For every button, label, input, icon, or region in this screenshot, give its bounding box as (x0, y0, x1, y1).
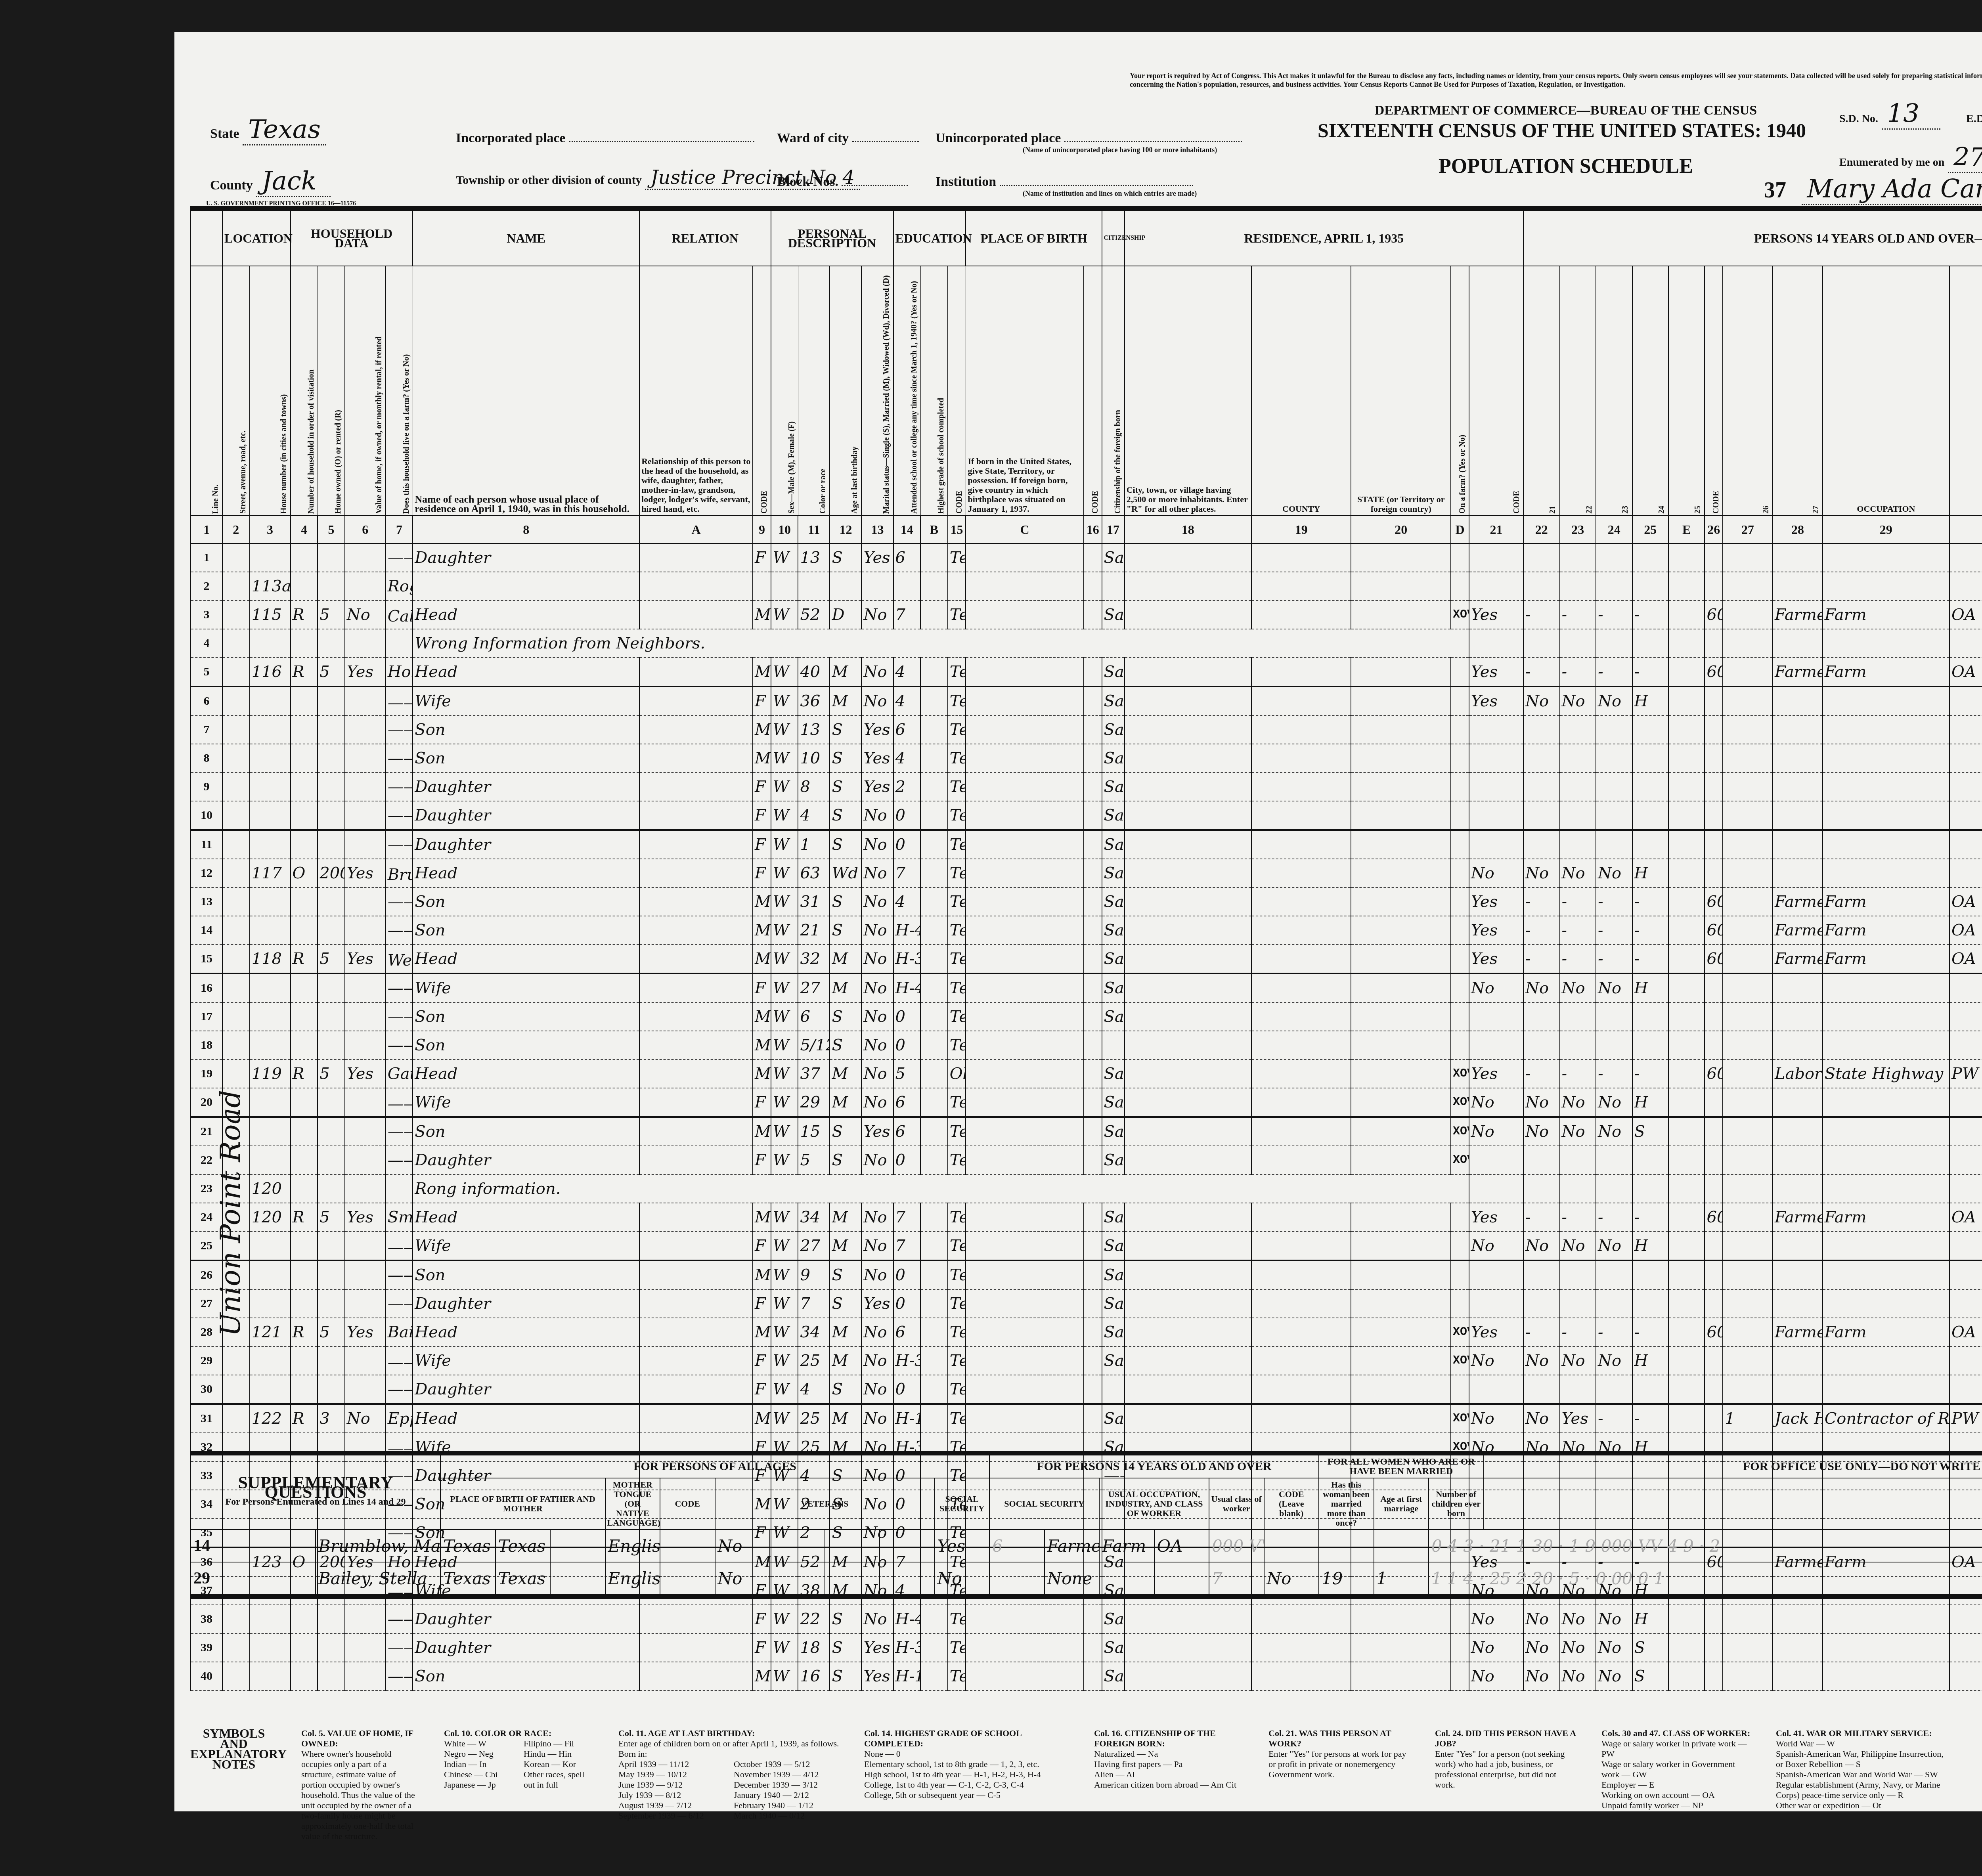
activity-code: - (1632, 1203, 1668, 1232)
home-owned-rented (291, 887, 318, 916)
residence-code (1451, 973, 1469, 1002)
home-owned-rented (291, 687, 318, 715)
annotation-note: Rong information. (413, 1174, 1469, 1203)
residence-code: XOVS (1451, 600, 1469, 629)
table-row: 1—— BobbieDaughterFW13SYes6TexasSame Hou… (191, 543, 1982, 572)
industry (1823, 1375, 1949, 1404)
home-owned-rented (291, 629, 318, 658)
at-work (1469, 1260, 1523, 1289)
relation: Daughter (413, 801, 639, 830)
residence-farm (1351, 1633, 1451, 1662)
marital-status: M (830, 973, 861, 1002)
residence-farm (1351, 1260, 1451, 1289)
incorporated-place-value (569, 141, 754, 142)
household-number: 120 (250, 1203, 291, 1232)
note-item: College, 5th or subsequent year — C-5 (864, 1790, 1070, 1800)
weeks-unemployed (1723, 600, 1773, 629)
citizenship (1084, 1117, 1102, 1146)
at-work: Yes (1469, 1203, 1523, 1232)
marital-status: S (830, 715, 861, 744)
residence-code (1451, 1633, 1469, 1662)
war (825, 1530, 880, 1562)
supplementary-row: 14Brumblow, MarlettTexasTexasEnglishNoYe… (191, 1530, 1982, 1562)
highest-grade: H-3 (893, 945, 921, 973)
relation: Wife (413, 1346, 639, 1375)
occupation: Farmer (1773, 887, 1823, 916)
activity-code: - (1632, 658, 1668, 687)
state-field: State Texas (210, 115, 326, 145)
birthplace: Texas (948, 773, 966, 801)
weeks-unemployed (1723, 859, 1773, 887)
employment-code (1668, 1318, 1705, 1346)
margin-note-road: Union Point Road (214, 1090, 247, 1337)
birthplace-code (966, 715, 1083, 744)
household-number (250, 887, 291, 916)
column-number: 30 (1949, 516, 1982, 543)
residence-code (1451, 658, 1469, 687)
tongue-code (660, 1562, 715, 1595)
age: 31 (798, 887, 830, 916)
school-attendance: No (861, 1088, 893, 1117)
occupation: Farmer (1773, 1318, 1823, 1346)
age-first-marriage: 19 (1319, 1562, 1374, 1595)
hours-worked (1705, 1088, 1723, 1117)
sex: F (753, 859, 771, 887)
residence-1935 (1102, 1375, 1125, 1404)
has-job (1596, 1289, 1632, 1318)
age: 52 (798, 600, 830, 629)
school-attendance: Yes (861, 715, 893, 744)
weeks-unemployed (1723, 1605, 1773, 1633)
household-number (250, 629, 291, 658)
residence-1935: Same House (1102, 1289, 1125, 1318)
hours-worked: 60 (1705, 1059, 1723, 1088)
column-number: 6 (345, 516, 386, 543)
column-number: 21 (1469, 516, 1523, 543)
citizenship (1084, 1346, 1102, 1375)
weeks-unemployed (1723, 773, 1773, 801)
race: W (771, 801, 798, 830)
public-emergency-work (1523, 1031, 1559, 1059)
home-owned-rented: R (291, 1318, 318, 1346)
has-job: No (1596, 973, 1632, 1002)
person-name: —— Bobbie (386, 543, 413, 572)
highest-grade: 7 (893, 859, 921, 887)
occupation (1773, 1346, 1823, 1375)
home-value (318, 830, 345, 859)
race: W (771, 859, 798, 887)
marital-status: M (830, 658, 861, 687)
annotation-note: Wrong Information from Neighbors. (413, 629, 1469, 658)
home-owned-rented: R (291, 600, 318, 629)
residence-state (1251, 859, 1351, 887)
person-name: ——, Urelda (386, 1289, 413, 1318)
residence-state (1251, 801, 1351, 830)
relation: Head (413, 658, 639, 687)
seeking-work (1560, 715, 1596, 744)
birthplace-code (966, 1203, 1083, 1232)
birthplace-code (966, 1662, 1083, 1691)
line-number: 30 (191, 1375, 222, 1404)
class-of-worker (1949, 830, 1982, 859)
residence-1935: Same House (1102, 887, 1125, 916)
residence-farm (1351, 1318, 1451, 1346)
veteran-child (770, 1530, 825, 1562)
farm-residence: No (345, 600, 386, 629)
residence-farm (1351, 1203, 1451, 1232)
residence-1935: Same Place (1102, 1404, 1125, 1433)
age: 9 (798, 1260, 830, 1289)
column-number: 14 (893, 516, 921, 543)
residence-code (1451, 687, 1469, 715)
at-work: No (1469, 1633, 1523, 1662)
birthplace-code (966, 1002, 1083, 1031)
veteran-code (880, 1562, 935, 1595)
activity-code: - (1632, 1404, 1668, 1433)
race: W (771, 1031, 798, 1059)
relation: Wife (413, 1232, 639, 1260)
marital-status: S (830, 543, 861, 572)
residence-1935: Same House (1102, 1633, 1125, 1662)
seeking-work: - (1560, 887, 1596, 916)
column-number: 4 (291, 516, 318, 543)
column-number: 26 (1705, 516, 1723, 543)
farm-residence (345, 1117, 386, 1146)
home-owned-rented (291, 744, 318, 773)
weeks-unemployed (1723, 1059, 1773, 1088)
line-number: 19 (191, 1059, 222, 1088)
relation: Son (413, 715, 639, 744)
home-value (318, 1174, 345, 1203)
group-relation: RELATION (639, 210, 771, 266)
class-of-worker (1949, 773, 1982, 801)
occupation (1773, 744, 1823, 773)
weeks-unemployed (1723, 973, 1773, 1002)
residence-1935: Same House (1102, 773, 1125, 801)
hours-worked (1705, 801, 1723, 830)
hours-worked (1705, 1633, 1723, 1662)
age: 25 (798, 1404, 830, 1433)
employment-code (1668, 1203, 1705, 1232)
at-work (1469, 1289, 1523, 1318)
citizenship (1084, 715, 1102, 744)
weeks-unemployed (1723, 1662, 1773, 1691)
household-number: 117 (250, 859, 291, 887)
street (222, 687, 250, 715)
note-item: Korean — Kor (524, 1759, 595, 1769)
highest-grade: H-1 (893, 1662, 921, 1691)
public-emergency-work: No (1523, 973, 1559, 1002)
sex: F (753, 687, 771, 715)
citizenship (1084, 1088, 1102, 1117)
person-name: ——, Lavesta ⓧ (386, 1232, 413, 1260)
residence-code (1451, 1002, 1469, 1031)
seeking-work (1560, 572, 1596, 600)
has-job: No (1596, 687, 1632, 715)
race: W (771, 1289, 798, 1318)
table-row: 21——, GeneSonMW15SYes6TexasSame PlaceXOV… (191, 1117, 1982, 1146)
employment-code (1668, 629, 1705, 658)
note-item: January 1940 — 2/12 (734, 1790, 840, 1800)
race: W (771, 1662, 798, 1691)
residence-1935: Same House (1102, 1232, 1125, 1260)
has-job: - (1596, 1203, 1632, 1232)
class-of-worker (1949, 1232, 1982, 1260)
marital-status (830, 572, 861, 600)
residence-1935: Same House (1102, 1002, 1125, 1031)
farm-residence (345, 715, 386, 744)
school-attendance: No (861, 859, 893, 887)
seeking-work: - (1560, 916, 1596, 945)
residence-1935: Same House (1102, 973, 1125, 1002)
residence-state (1251, 1203, 1351, 1232)
table-row: 22——, Dorothy SueDaughterFW5SNo0TexasSam… (191, 1146, 1982, 1174)
has-job (1596, 801, 1632, 830)
household-number (250, 1605, 291, 1633)
note-item: Regular establishment (Army, Navy, or Ma… (1776, 1780, 1950, 1800)
citizenship (1084, 801, 1102, 830)
employment-code (1668, 1117, 1705, 1146)
birthplace-code (966, 1289, 1083, 1318)
activity-code: S (1632, 1633, 1668, 1662)
home-value (318, 773, 345, 801)
occupation (1773, 1146, 1823, 1174)
line-number: 10 (191, 801, 222, 830)
birthplace: Texas (948, 687, 966, 715)
person-name: Gatlin, Leon (386, 1059, 413, 1088)
highest-grade: 5 (893, 1059, 921, 1088)
table-row: 12117O2000YesBrumblow, Alice ⓧHeadFW63Wd… (191, 859, 1982, 887)
birthplace: Texas (948, 887, 966, 916)
has-job (1596, 773, 1632, 801)
residence-farm (1351, 1088, 1451, 1117)
citizenship (1084, 830, 1102, 859)
education-code (920, 859, 948, 887)
usual-code: 000 VV 4 (1209, 1530, 1264, 1562)
hours-worked: 60 (1705, 945, 1723, 973)
public-emergency-work (1523, 1002, 1559, 1031)
home-value (318, 1346, 345, 1375)
street (222, 973, 250, 1002)
citizenship (1084, 1633, 1102, 1662)
residence-county (1125, 1002, 1251, 1031)
note-item: White — W (444, 1738, 515, 1749)
table-row: 26——, RoscoeSonMW9SNo0TexasSame House (191, 1260, 1982, 1289)
class-of-worker (1949, 973, 1982, 1002)
note-item: Spanish-American War, Philippine Insurre… (1776, 1749, 1950, 1769)
has-job: No (1596, 1605, 1632, 1633)
note-item: April 1939 — 11/12 (618, 1759, 725, 1769)
column-number: 10 (771, 516, 798, 543)
industry (1823, 715, 1949, 744)
residence-farm (1351, 543, 1451, 572)
hours-worked: 60 (1705, 658, 1723, 687)
hours-worked (1705, 1346, 1723, 1375)
birthplace-code (966, 572, 1083, 600)
weeks-unemployed (1723, 945, 1773, 973)
at-work: No (1469, 1605, 1523, 1633)
public-emergency-work: No (1523, 1088, 1559, 1117)
public-emergency-work: - (1523, 916, 1559, 945)
note-item: August 1939 — 7/12 (618, 1800, 725, 1811)
street (222, 945, 250, 973)
residence-farm (1351, 1605, 1451, 1633)
birthplace: Texas (948, 1375, 966, 1404)
note-col30: Cols. 30 and 47. CLASS OF WORKER: Wage o… (1601, 1728, 1752, 1807)
table-row: 13——, EllsworthSonMW31SNo4TexasSame Hous… (191, 887, 1982, 916)
household-number: 115 (250, 600, 291, 629)
seeking-work: No (1560, 687, 1596, 715)
residence-1935: Same House (1102, 945, 1125, 973)
class-of-worker: OA (1949, 945, 1982, 973)
industry: Farm (1823, 887, 1949, 916)
street (222, 1031, 250, 1059)
industry: Farm (1823, 1203, 1949, 1232)
birthplace-code (966, 801, 1083, 830)
relation-code (639, 1605, 753, 1633)
home-owned-rented (291, 1088, 318, 1117)
birthplace-code (966, 916, 1083, 945)
employment-code (1668, 658, 1705, 687)
employment-code (1668, 1146, 1705, 1174)
birthplace-code (966, 658, 1083, 687)
supplementary-section: SUPPLEMENTARY QUESTIONS For Persons Enum… (190, 1451, 1982, 1599)
highest-grade: 4 (893, 744, 921, 773)
education-code (920, 1605, 948, 1633)
home-owned-rented (291, 1174, 318, 1203)
industry (1823, 801, 1949, 830)
race: W (771, 715, 798, 744)
education-code (920, 1662, 948, 1691)
race: W (771, 543, 798, 572)
public-emergency-work (1523, 1146, 1559, 1174)
residence-county (1125, 801, 1251, 830)
relation-code (639, 687, 753, 715)
birthplace-code (966, 1088, 1083, 1117)
citizenship (1084, 572, 1102, 600)
residence-code (1451, 572, 1469, 600)
citizenship (1084, 1031, 1102, 1059)
age: 7 (798, 1289, 830, 1318)
relation: Daughter (413, 1146, 639, 1174)
birthplace: Texas (948, 830, 966, 859)
home-owned-rented (291, 973, 318, 1002)
education-code (920, 1260, 948, 1289)
residence-1935: Same House (1102, 1203, 1125, 1232)
line-number: 14 (191, 916, 222, 945)
seeking-work (1560, 1031, 1596, 1059)
home-value (318, 572, 345, 600)
at-work: No (1469, 1346, 1523, 1375)
highest-grade: 0 (893, 1031, 921, 1059)
sex: M (753, 658, 771, 687)
relation-code (639, 1059, 753, 1088)
age: 16 (798, 1662, 830, 1691)
education-code (920, 973, 948, 1002)
school-attendance: No (861, 1031, 893, 1059)
highest-grade: 0 (893, 830, 921, 859)
marital-status: M (830, 687, 861, 715)
table-row: 24120R5YesSmith, AlmonHeadMW34MNo7TexasS… (191, 1203, 1982, 1232)
has-job (1596, 744, 1632, 773)
home-owned-rented (291, 1260, 318, 1289)
public-emergency-work (1523, 773, 1559, 801)
class-of-worker (1949, 1088, 1982, 1117)
residence-state (1251, 1232, 1351, 1260)
note-col21: Col. 21. WAS THIS PERSON AT WORK? Enter … (1268, 1728, 1411, 1807)
person-name: Brumblow, Marlett (316, 1530, 440, 1562)
citizenship (1084, 600, 1102, 629)
relation-code (639, 1375, 753, 1404)
relation-code (639, 1002, 753, 1031)
has-job: No (1596, 1088, 1632, 1117)
has-job (1596, 572, 1632, 600)
farm-residence (345, 687, 386, 715)
at-work: Yes (1469, 887, 1523, 916)
residence-1935 (1102, 1031, 1125, 1059)
residence-county (1125, 1346, 1251, 1375)
residence-1935: Same Place (1102, 1088, 1125, 1117)
farm-residence: Yes (345, 1318, 386, 1346)
citizenship (1084, 658, 1102, 687)
residence-farm (1351, 1662, 1451, 1691)
education-code (920, 543, 948, 572)
birthplace: Texas (948, 1002, 966, 1031)
hours-worked (1705, 1404, 1723, 1433)
industry (1823, 773, 1949, 801)
sex: M (753, 1117, 771, 1146)
relation: Head (413, 1404, 639, 1433)
public-emergency-work: No (1523, 1346, 1559, 1375)
has-job (1596, 1174, 1632, 1203)
residence-1935: Same Place (1102, 1117, 1125, 1146)
marital-status: S (830, 830, 861, 859)
group-employment: PERSONS 14 YEARS OLD AND OVER—EMPLOYMENT… (1523, 210, 1982, 266)
education-code (920, 1318, 948, 1346)
group-residence: RESIDENCE, APRIL 1, 1935 (1125, 210, 1523, 266)
weeks-unemployed (1723, 543, 1773, 572)
person-name: Bailey, Stella (316, 1562, 440, 1595)
class-of-worker: OA (1949, 1203, 1982, 1232)
public-emergency-work (1523, 572, 1559, 600)
group-citizenship: CITIZENSHIP (1102, 210, 1125, 266)
industry (1823, 859, 1949, 887)
birthplace: Texas (948, 658, 966, 687)
line-number: 12 (191, 859, 222, 887)
table-row: 40——, Thomas Jr.SonMW16SYesH-1TexasSame … (191, 1662, 1982, 1691)
household-number: 119 (250, 1059, 291, 1088)
education-code (920, 830, 948, 859)
weeks-unemployed (1723, 1117, 1773, 1146)
race (771, 572, 798, 600)
has-job: - (1596, 887, 1632, 916)
weeks-unemployed (1723, 1088, 1773, 1117)
farm-residence (345, 1031, 386, 1059)
has-job (1596, 1031, 1632, 1059)
has-job: No (1596, 859, 1632, 887)
farm-residence (345, 973, 386, 1002)
table-row: 15118R5YesWeir, C.C. ⓧHeadMW32MNoH-3Texa… (191, 945, 1982, 973)
column-number: 27 (1723, 516, 1773, 543)
home-owned-rented (291, 1375, 318, 1404)
line-number: 29 (191, 1346, 222, 1375)
age: 8 (798, 773, 830, 801)
education-code (920, 572, 948, 600)
seeking-work (1560, 1002, 1596, 1031)
home-value (318, 1289, 345, 1318)
hours-worked (1705, 715, 1723, 744)
line-number: 9 (191, 773, 222, 801)
